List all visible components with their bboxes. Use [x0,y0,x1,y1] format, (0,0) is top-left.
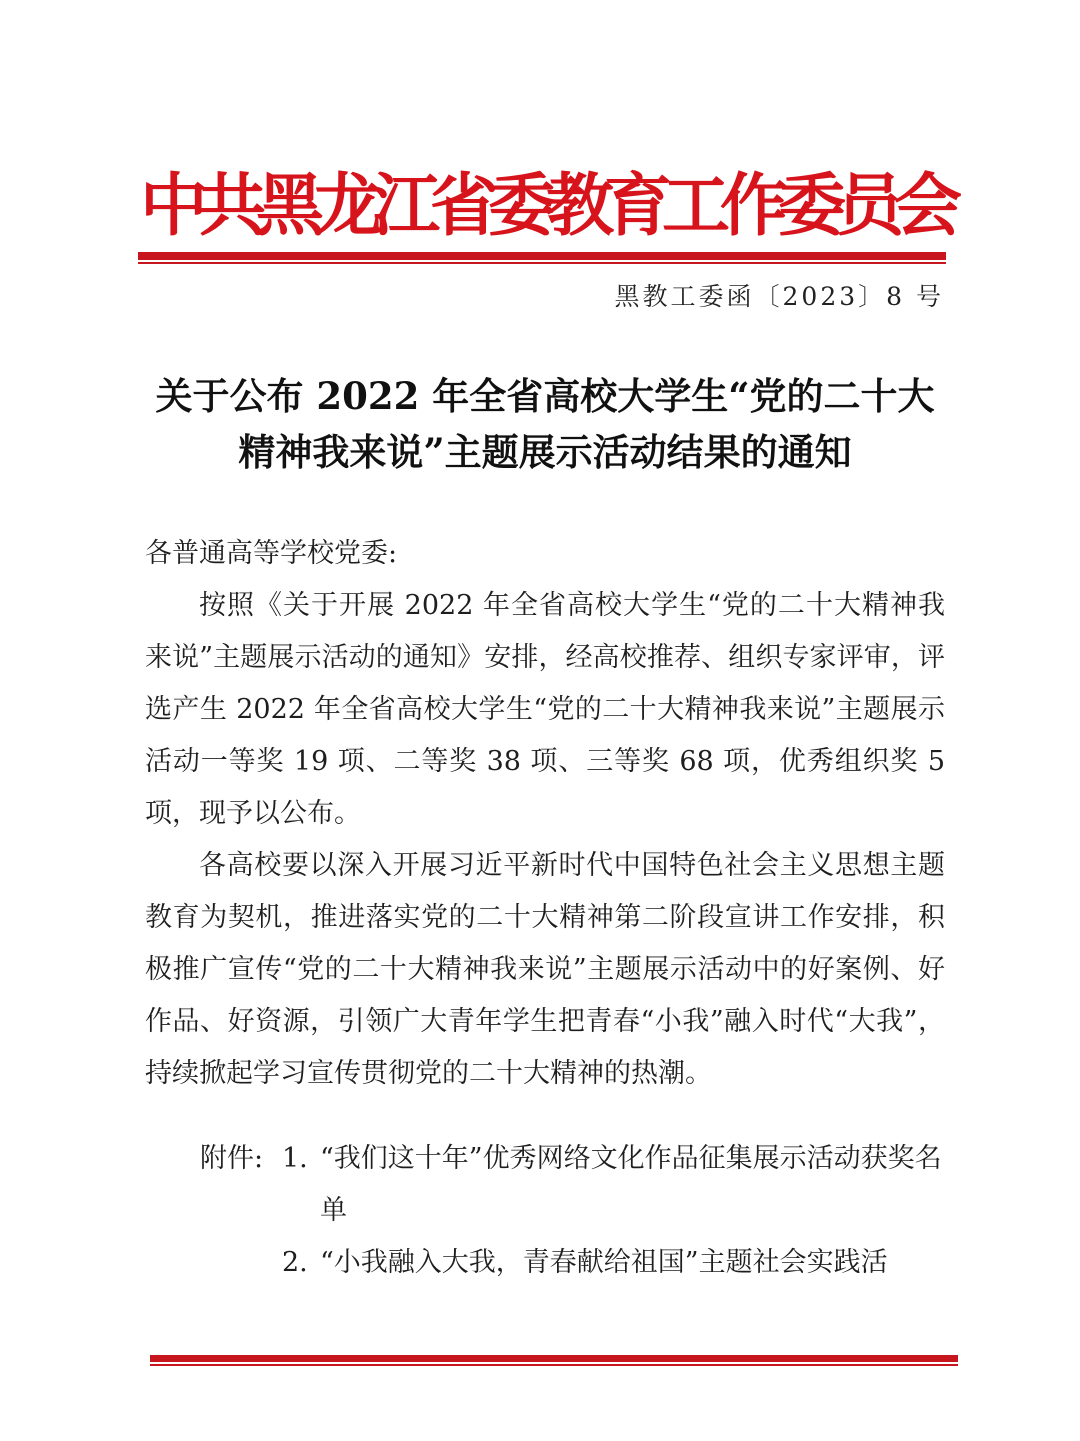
attachment-text: “小我融入大我，青春献给祖国”主题社会实践活 [320,1237,945,1289]
title-line-2: 精神我来说”主题展示活动结果的通知 [140,424,950,480]
salutation: 各普通高等学校党委: [145,528,945,580]
paragraph: 按照《关于开展 2022 年全省高校大学生“党的二十大精神我来说”主题展示活动的… [145,580,945,840]
masthead-char: 共 [198,152,256,249]
attachments-label: 附件: [200,1133,282,1237]
attachment-number: 1. [282,1133,320,1237]
paragraph: 各高校要以深入开展习近平新时代中国特色社会主义思想主题教育为契机，推进落实党的二… [145,840,945,1100]
masthead-title: 中 共 黑 龙 江 省 委 教 育 工 作 委 员 会 [140,160,950,240]
attachment-item: 附件: 1. “我们这十年”优秀网络文化作品征集展示活动获奖名单 [200,1133,945,1237]
document-title: 关于公布 2022 年全省高校大学生“党的二十大 精神我来说”主题展示活动结果的… [140,368,950,480]
masthead-char: 工 [662,152,720,249]
header-red-rule-thin [138,262,946,264]
title-line-1: 关于公布 2022 年全省高校大学生“党的二十大 [140,368,950,424]
attachment-number: 2. [282,1237,320,1289]
masthead-char: 委 [778,152,836,249]
masthead-char: 江 [372,152,430,249]
masthead-char: 教 [546,152,604,249]
document-number: 黑教工委函〔2023〕8 号 [615,277,944,313]
footer-red-rule-thin [150,1364,958,1366]
footer-red-rule [150,1355,958,1362]
header-red-rule [138,252,946,260]
document-body: 各普通高等学校党委: 按照《关于开展 2022 年全省高校大学生“党的二十大精神… [145,528,945,1100]
attachments-list: 附件: 1. “我们这十年”优秀网络文化作品征集展示活动获奖名单 2. “小我融… [200,1133,945,1289]
attachment-text: “我们这十年”优秀网络文化作品征集展示活动获奖名单 [320,1133,945,1237]
masthead-char: 委 [488,152,546,249]
masthead-char: 龙 [314,152,372,249]
masthead-char: 省 [430,152,488,249]
masthead-char: 中 [140,152,198,249]
masthead-char: 育 [604,152,662,249]
masthead-char: 作 [720,152,778,249]
attachment-item: 2. “小我融入大我，青春献给祖国”主题社会实践活 [200,1237,945,1289]
masthead-char: 员 [836,152,894,249]
masthead-char: 黑 [256,152,314,249]
masthead-char: 会 [894,152,952,249]
